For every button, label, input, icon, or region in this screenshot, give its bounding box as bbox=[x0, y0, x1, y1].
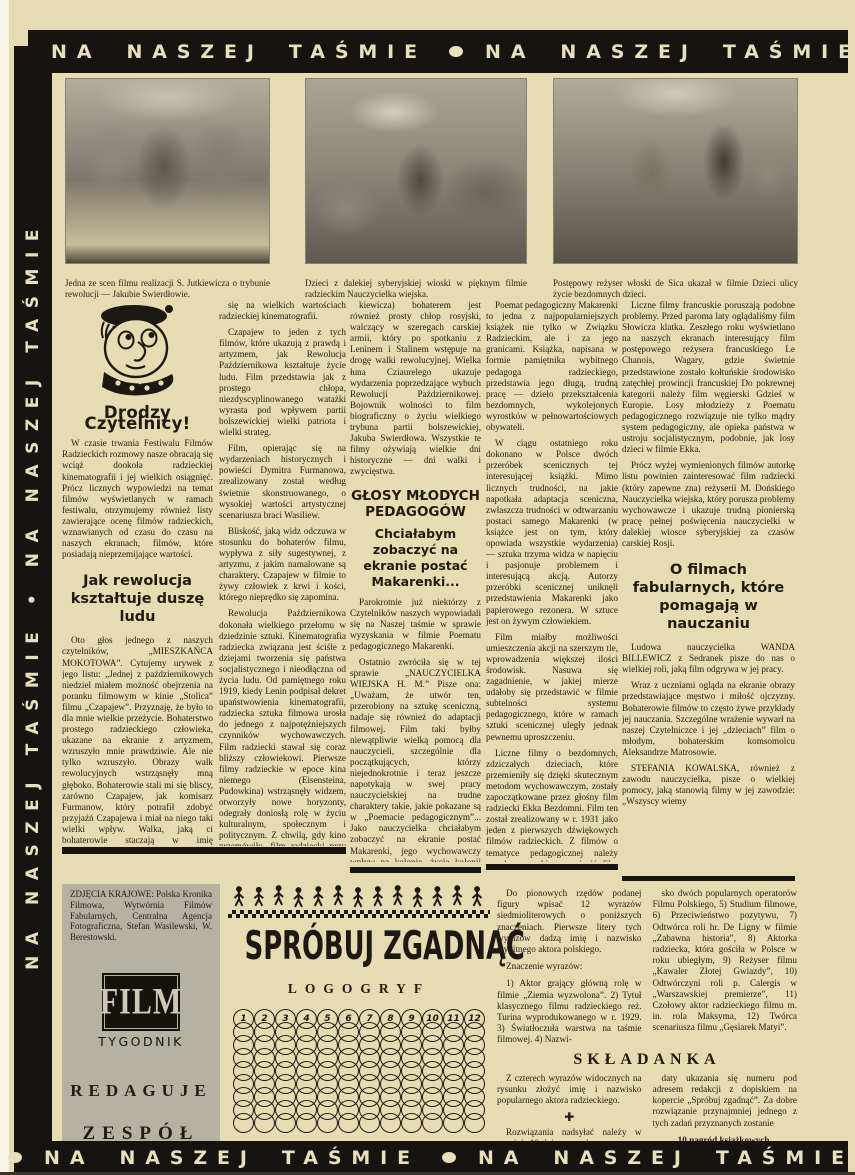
paragraph: Ludowa nauczycielka WANDA BILLEWICZ z Se… bbox=[622, 642, 795, 675]
puzzle-title: SPRÓBUJ ZGADNĄĆ bbox=[245, 924, 474, 970]
logogryf-cell bbox=[422, 1113, 443, 1133]
logogryf-row bbox=[226, 1087, 492, 1100]
photo-still-revolution-tribune bbox=[65, 78, 270, 264]
paragraph: 1) Aktor grający główną rolę w filmie „Z… bbox=[497, 978, 642, 1045]
banner-bullet-icon bbox=[449, 46, 463, 57]
paragraph: Liczne filmy francuskie poruszają podobn… bbox=[622, 300, 795, 455]
skladanka-heading: SKŁADANKA bbox=[497, 1054, 797, 1065]
section-divider bbox=[622, 876, 795, 881]
logogryf-cell bbox=[464, 1113, 485, 1133]
banner-bullet-icon bbox=[8, 1152, 22, 1163]
scan-edge-left bbox=[0, 0, 9, 1175]
logogryf-cell bbox=[443, 1113, 464, 1133]
banner-text: NA NASZEJ TAŚMIE bbox=[485, 41, 855, 63]
logogryf-cell bbox=[380, 1113, 401, 1133]
contest-block: Do pionowych rzędów podanej figury wpisa… bbox=[497, 888, 797, 1155]
article-column-3: kiewicza) bohaterem jest również prosty … bbox=[350, 300, 481, 862]
article-column-5: Liczne filmy francuskie poruszają podobn… bbox=[622, 300, 795, 874]
section-heading-revolution: Jak rewolucja kształtuje duszę ludu bbox=[62, 572, 213, 626]
paragraph: W czasie trwania Festiwalu Filmów Radzie… bbox=[62, 438, 213, 560]
section-divider bbox=[62, 847, 346, 854]
paragraph: Ostatnio zwróciła się w tej sprawie „NAU… bbox=[350, 657, 481, 862]
logogryf-row bbox=[226, 1022, 492, 1035]
banner-text: NA NASZEJ TAŚMIE bbox=[44, 1147, 420, 1169]
logogryf-row bbox=[226, 1048, 492, 1061]
photo-caption: Postępowy reżyser włoski de Sica ukazał … bbox=[553, 278, 798, 300]
puzzle-subtitle: LOGOGRYF bbox=[226, 981, 492, 997]
paragraph: Film miałby możliwości umieszczenia akcj… bbox=[486, 632, 618, 743]
article-column-1: Drodzy Czytelnicy! W czasie trwania Fest… bbox=[62, 300, 213, 846]
logogryf-grid: 123456789101112 bbox=[226, 1009, 492, 1140]
section-heading-pedagogues: GŁOSY MŁODYCH PEDAGOGÓW bbox=[350, 488, 481, 520]
logogryf-row bbox=[226, 1100, 492, 1113]
magazine-page: { "banner": { "segment": "NA NASZEJ TAŚM… bbox=[0, 0, 855, 1175]
paragraph: W ciągu ostatniego roku dokonano w Polsc… bbox=[486, 438, 618, 627]
logogryf-row: 123456789101112 bbox=[226, 1009, 492, 1022]
left-vertical-banner: NA NASZEJ TAŚMIE • NA NASZEJ TAŚMIE bbox=[14, 46, 52, 1142]
logogryf-row bbox=[226, 1035, 492, 1048]
film-logo: FILM bbox=[102, 973, 180, 1031]
paragraph: Bliskość, jaką widz odczuwa w stosunku d… bbox=[219, 526, 346, 604]
paragraph: sko dwóch popularnych operatorów Filmu P… bbox=[653, 888, 798, 1034]
logogryf-cell bbox=[275, 1113, 296, 1133]
paragraph: Rewolucja Październikowa dokonała wielki… bbox=[219, 608, 346, 846]
paragraph: Oto głos jednego z naszych czytelników, … bbox=[62, 635, 213, 846]
article-column-4: Poemat pedagogiczny Makarenki to jedna z… bbox=[486, 300, 618, 862]
section-divider bbox=[350, 867, 481, 873]
contest-column-right: sko dwóch popularnych operatorów Filmu P… bbox=[653, 888, 798, 1052]
photo-still-shoeshine bbox=[553, 78, 798, 264]
paragraph: Liczne filmy o bezdomnych, zdziczałych d… bbox=[486, 748, 618, 862]
logogryf-cell bbox=[296, 1113, 317, 1133]
logogryf-cell bbox=[254, 1113, 275, 1133]
film-logo-subtitle: TYGODNIK bbox=[70, 1034, 212, 1049]
photo-caption: Dzieci z dalekiej syberyjskiej wioski w … bbox=[305, 278, 527, 300]
reader-caricature-icon bbox=[62, 300, 213, 403]
greeting-heading: Drodzy Czytelnicy! bbox=[62, 407, 213, 429]
bottom-banner: NA NASZEJ TAŚMIE NA NASZEJ TAŚMIE bbox=[14, 1141, 848, 1174]
paragraph: Znaczenie wyrazów: bbox=[497, 961, 642, 972]
banner-bullet-icon bbox=[442, 1152, 456, 1163]
logogryf-cell bbox=[359, 1113, 380, 1133]
section-subheading-makarenko: Chciałabym zobaczyć na ekranie postać Ma… bbox=[350, 526, 481, 590]
logogryf-row bbox=[226, 1074, 492, 1087]
checker-band bbox=[228, 910, 490, 918]
figures-frieze-icon bbox=[226, 884, 492, 908]
section-heading-feature-films: O filmach fabularnych, które pomagają w … bbox=[622, 561, 795, 633]
paragraph: Czapajew to jeden z tych filmów, które u… bbox=[219, 327, 346, 438]
logogryf-cell bbox=[401, 1113, 422, 1133]
paragraph: Z czterech wyrazów widocznych na rysunku… bbox=[497, 1073, 642, 1107]
cross-ornament-icon: ✚ bbox=[497, 1112, 642, 1123]
banner-text: NA NASZEJ TAŚMIE bbox=[478, 1147, 854, 1169]
contest-column-left: Do pionowych rzędów podanej figury wpisa… bbox=[497, 888, 642, 1052]
paragraph: kiewicza) bohaterem jest również prosty … bbox=[350, 300, 481, 478]
paragraph: Parokrotnie już niektórzy z Czytelników … bbox=[350, 597, 481, 652]
logogryf-row bbox=[226, 1113, 492, 1126]
masthead-block: ZDJĘCIA KRAJOWE: Polska Kronika Filmowa,… bbox=[62, 884, 220, 1145]
logogryf-cell bbox=[233, 1113, 254, 1133]
section-divider bbox=[486, 864, 618, 870]
vertical-banner-text: NA NASZEJ TAŚMIE • NA NASZEJ TAŚMIE bbox=[23, 219, 43, 970]
logogryf-cell bbox=[317, 1113, 338, 1133]
paragraph: Do pionowych rzędów podanej figury wpisa… bbox=[497, 888, 642, 955]
puzzle-block: SPRÓBUJ ZGADNĄĆ LOGOGRYF 123456789101112 bbox=[226, 884, 492, 1140]
logogryf-row bbox=[226, 1061, 492, 1074]
paragraph: daty ukazania się numeru pod adresem red… bbox=[653, 1073, 798, 1129]
banner-text: NA NASZEJ TAŚMIE bbox=[51, 41, 427, 63]
article-column-2: się na wielkich wartościach radzieckiej … bbox=[219, 300, 346, 846]
masthead-line: REDAGUJE bbox=[70, 1081, 212, 1101]
photo-caption: Jedna ze scen filmu realizacji S. Jutkie… bbox=[65, 278, 270, 300]
paragraph: Prócz wyżej wymienionych filmów autorkę … bbox=[622, 460, 795, 549]
paragraph: Poemat pedagogiczny Makarenki to jedna z… bbox=[486, 300, 618, 433]
logogryf-cell bbox=[338, 1113, 359, 1133]
top-banner: NA NASZEJ TAŚMIE NA NASZEJ TAŚMIE bbox=[28, 30, 848, 73]
photo-still-village-teacher bbox=[305, 78, 527, 264]
paragraph: Film, opierając się na wydarzeniach hist… bbox=[219, 443, 346, 521]
paragraph: STEFANIA KOWALSKA, również z zawodu nauc… bbox=[622, 763, 795, 807]
photo-credits: ZDJĘCIA KRAJOWE: Polska Kronika Filmowa,… bbox=[70, 889, 212, 943]
paragraph: się na wielkich wartościach radzieckiej … bbox=[219, 300, 346, 322]
paragraph: Wraz z uczniami ogląda na ekranie obrazy… bbox=[622, 680, 795, 758]
